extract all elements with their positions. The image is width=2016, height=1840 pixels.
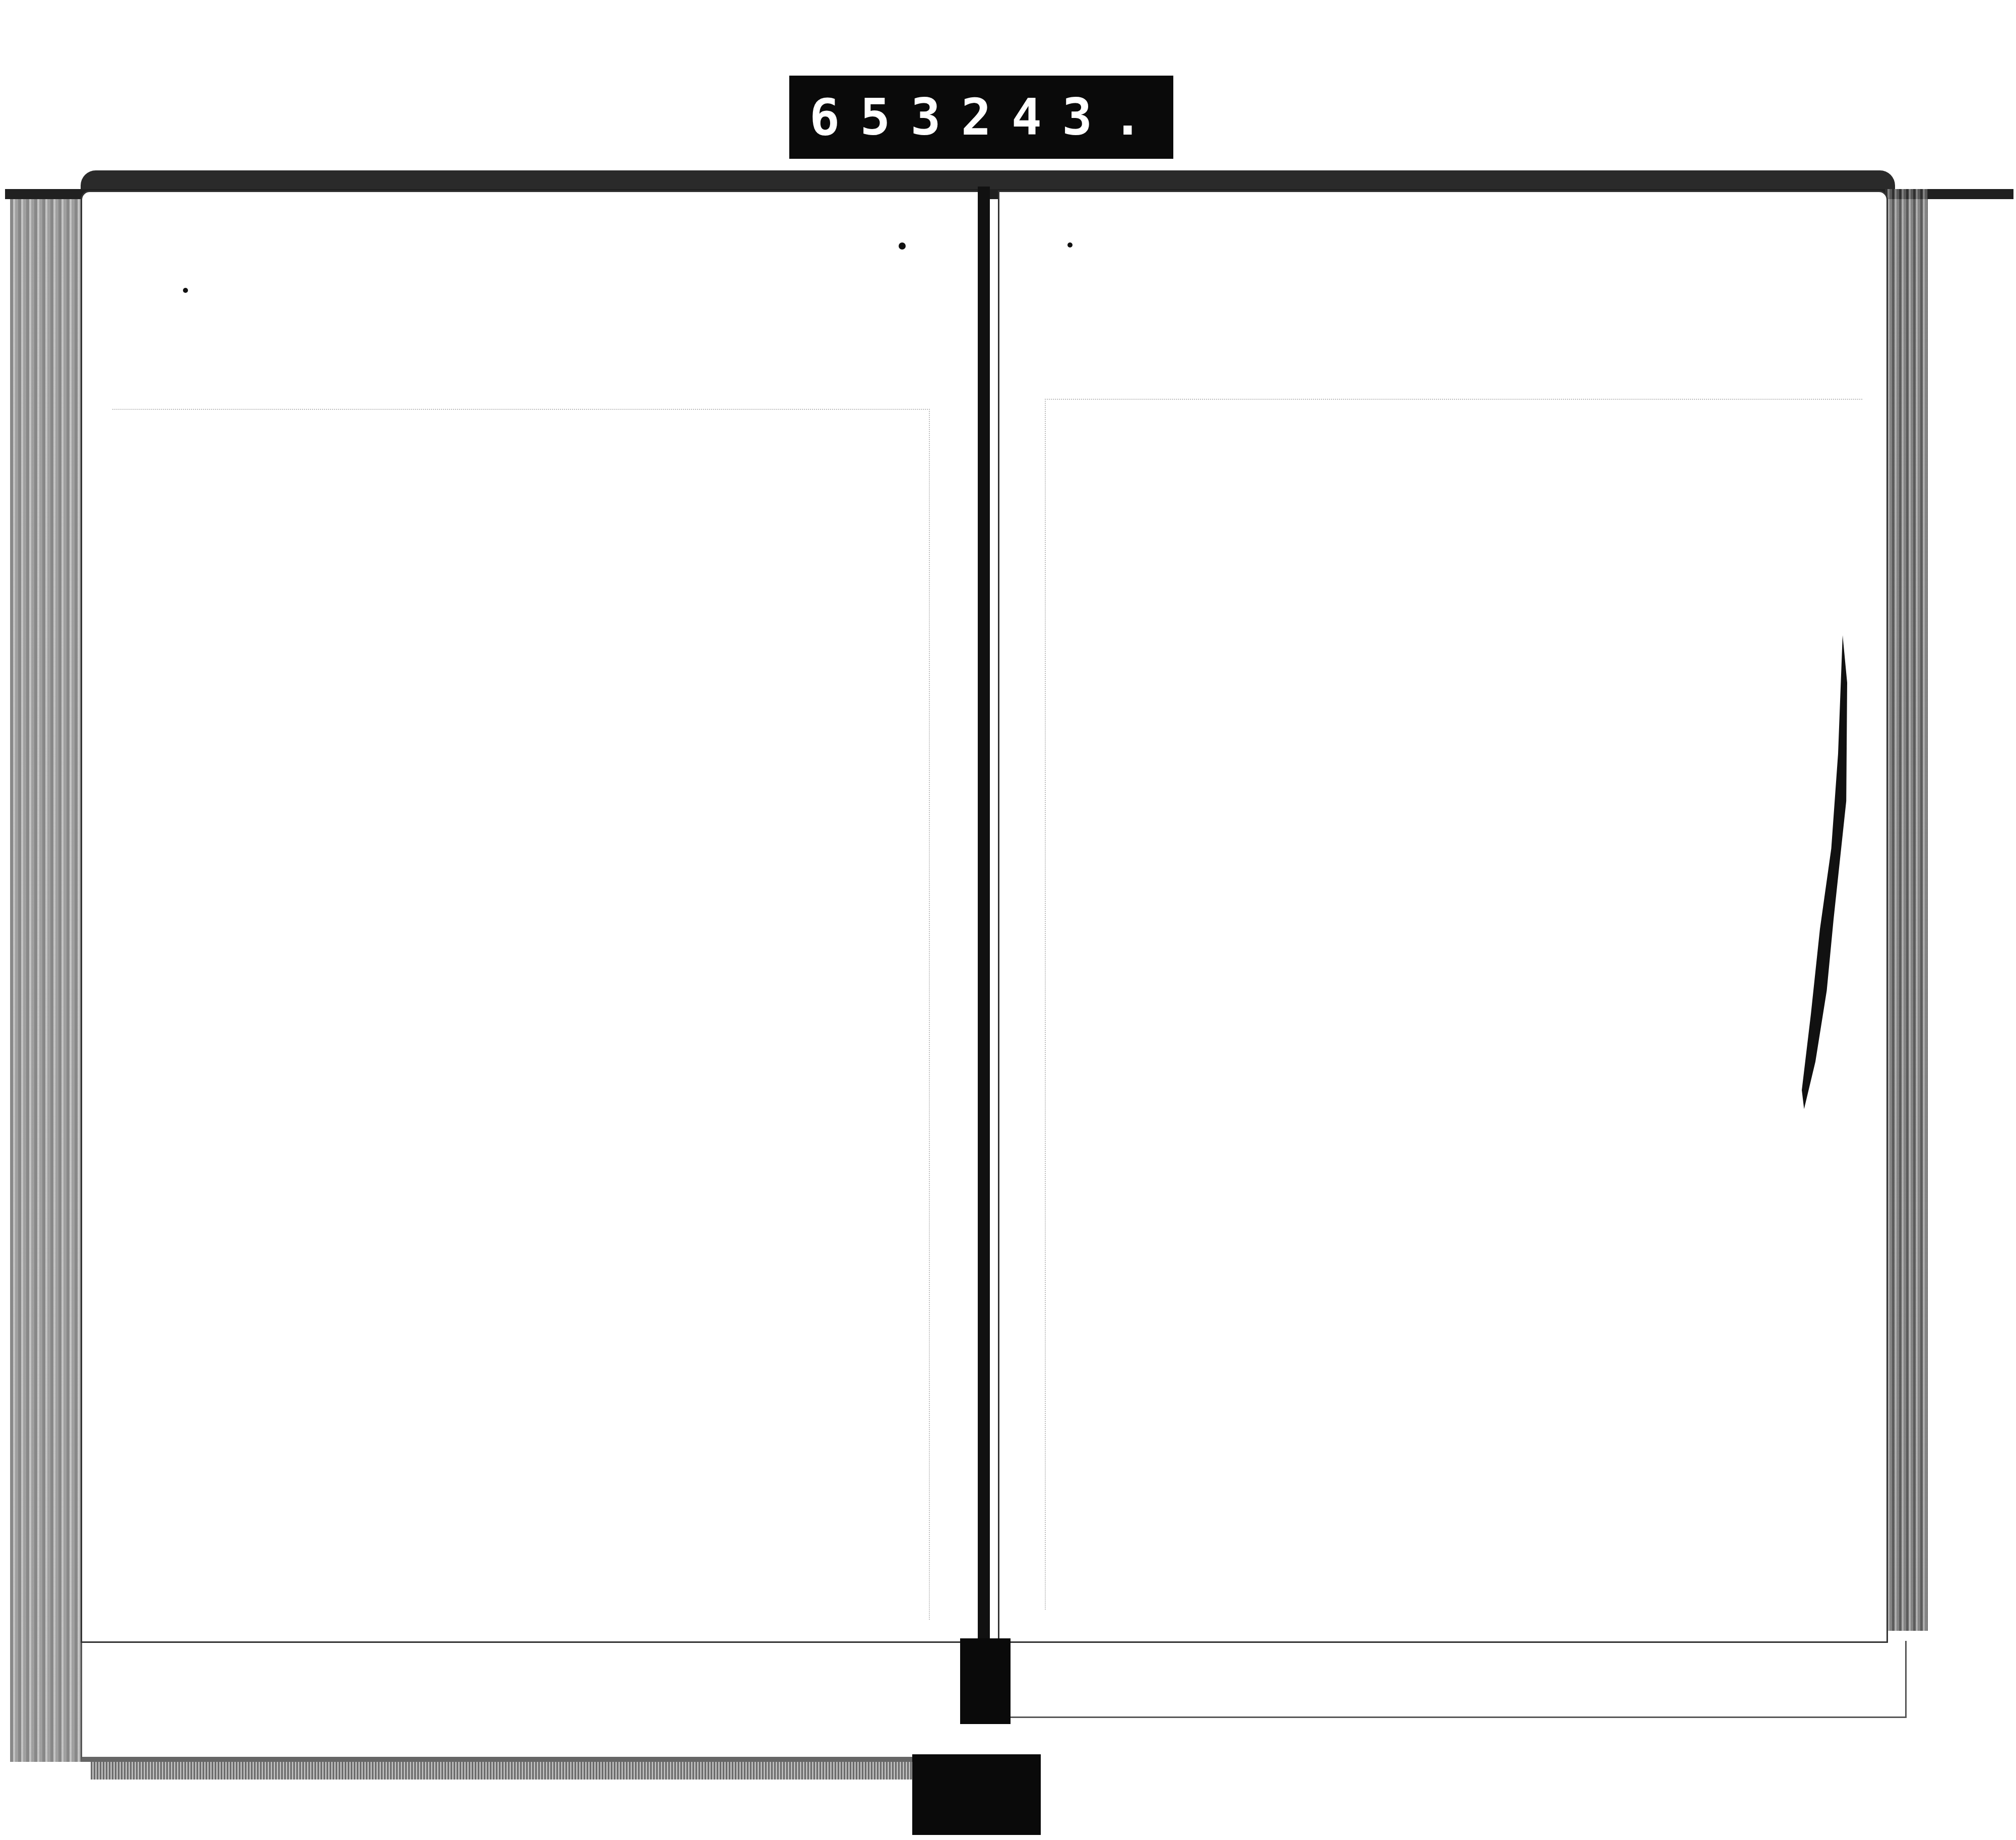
film-frame-label: 653 243. bbox=[789, 76, 1173, 159]
ink-speck bbox=[899, 242, 906, 250]
film-reel-number: 653 bbox=[809, 88, 961, 147]
left-page-stack-edge bbox=[10, 199, 81, 1762]
lower-left-underlying-sheet bbox=[81, 1641, 962, 1762]
book-gutter-spine bbox=[978, 187, 990, 1648]
right-page-stack-edge bbox=[1885, 189, 1928, 1631]
left-page bbox=[81, 191, 981, 1643]
right-page bbox=[998, 191, 1888, 1643]
ink-speck bbox=[1067, 242, 1073, 248]
lower-left-cover-edge bbox=[91, 1762, 917, 1780]
ink-speck bbox=[183, 288, 188, 293]
film-frame-number: 243. bbox=[961, 88, 1163, 147]
right-page-ruled-frame bbox=[1045, 399, 1862, 1610]
lower-right-underlying-sheet bbox=[1011, 1641, 1907, 1718]
book-weight-clip bbox=[960, 1638, 1011, 1724]
book-weight-clip-base bbox=[912, 1754, 1041, 1835]
left-page-ruled-frame bbox=[112, 409, 930, 1620]
